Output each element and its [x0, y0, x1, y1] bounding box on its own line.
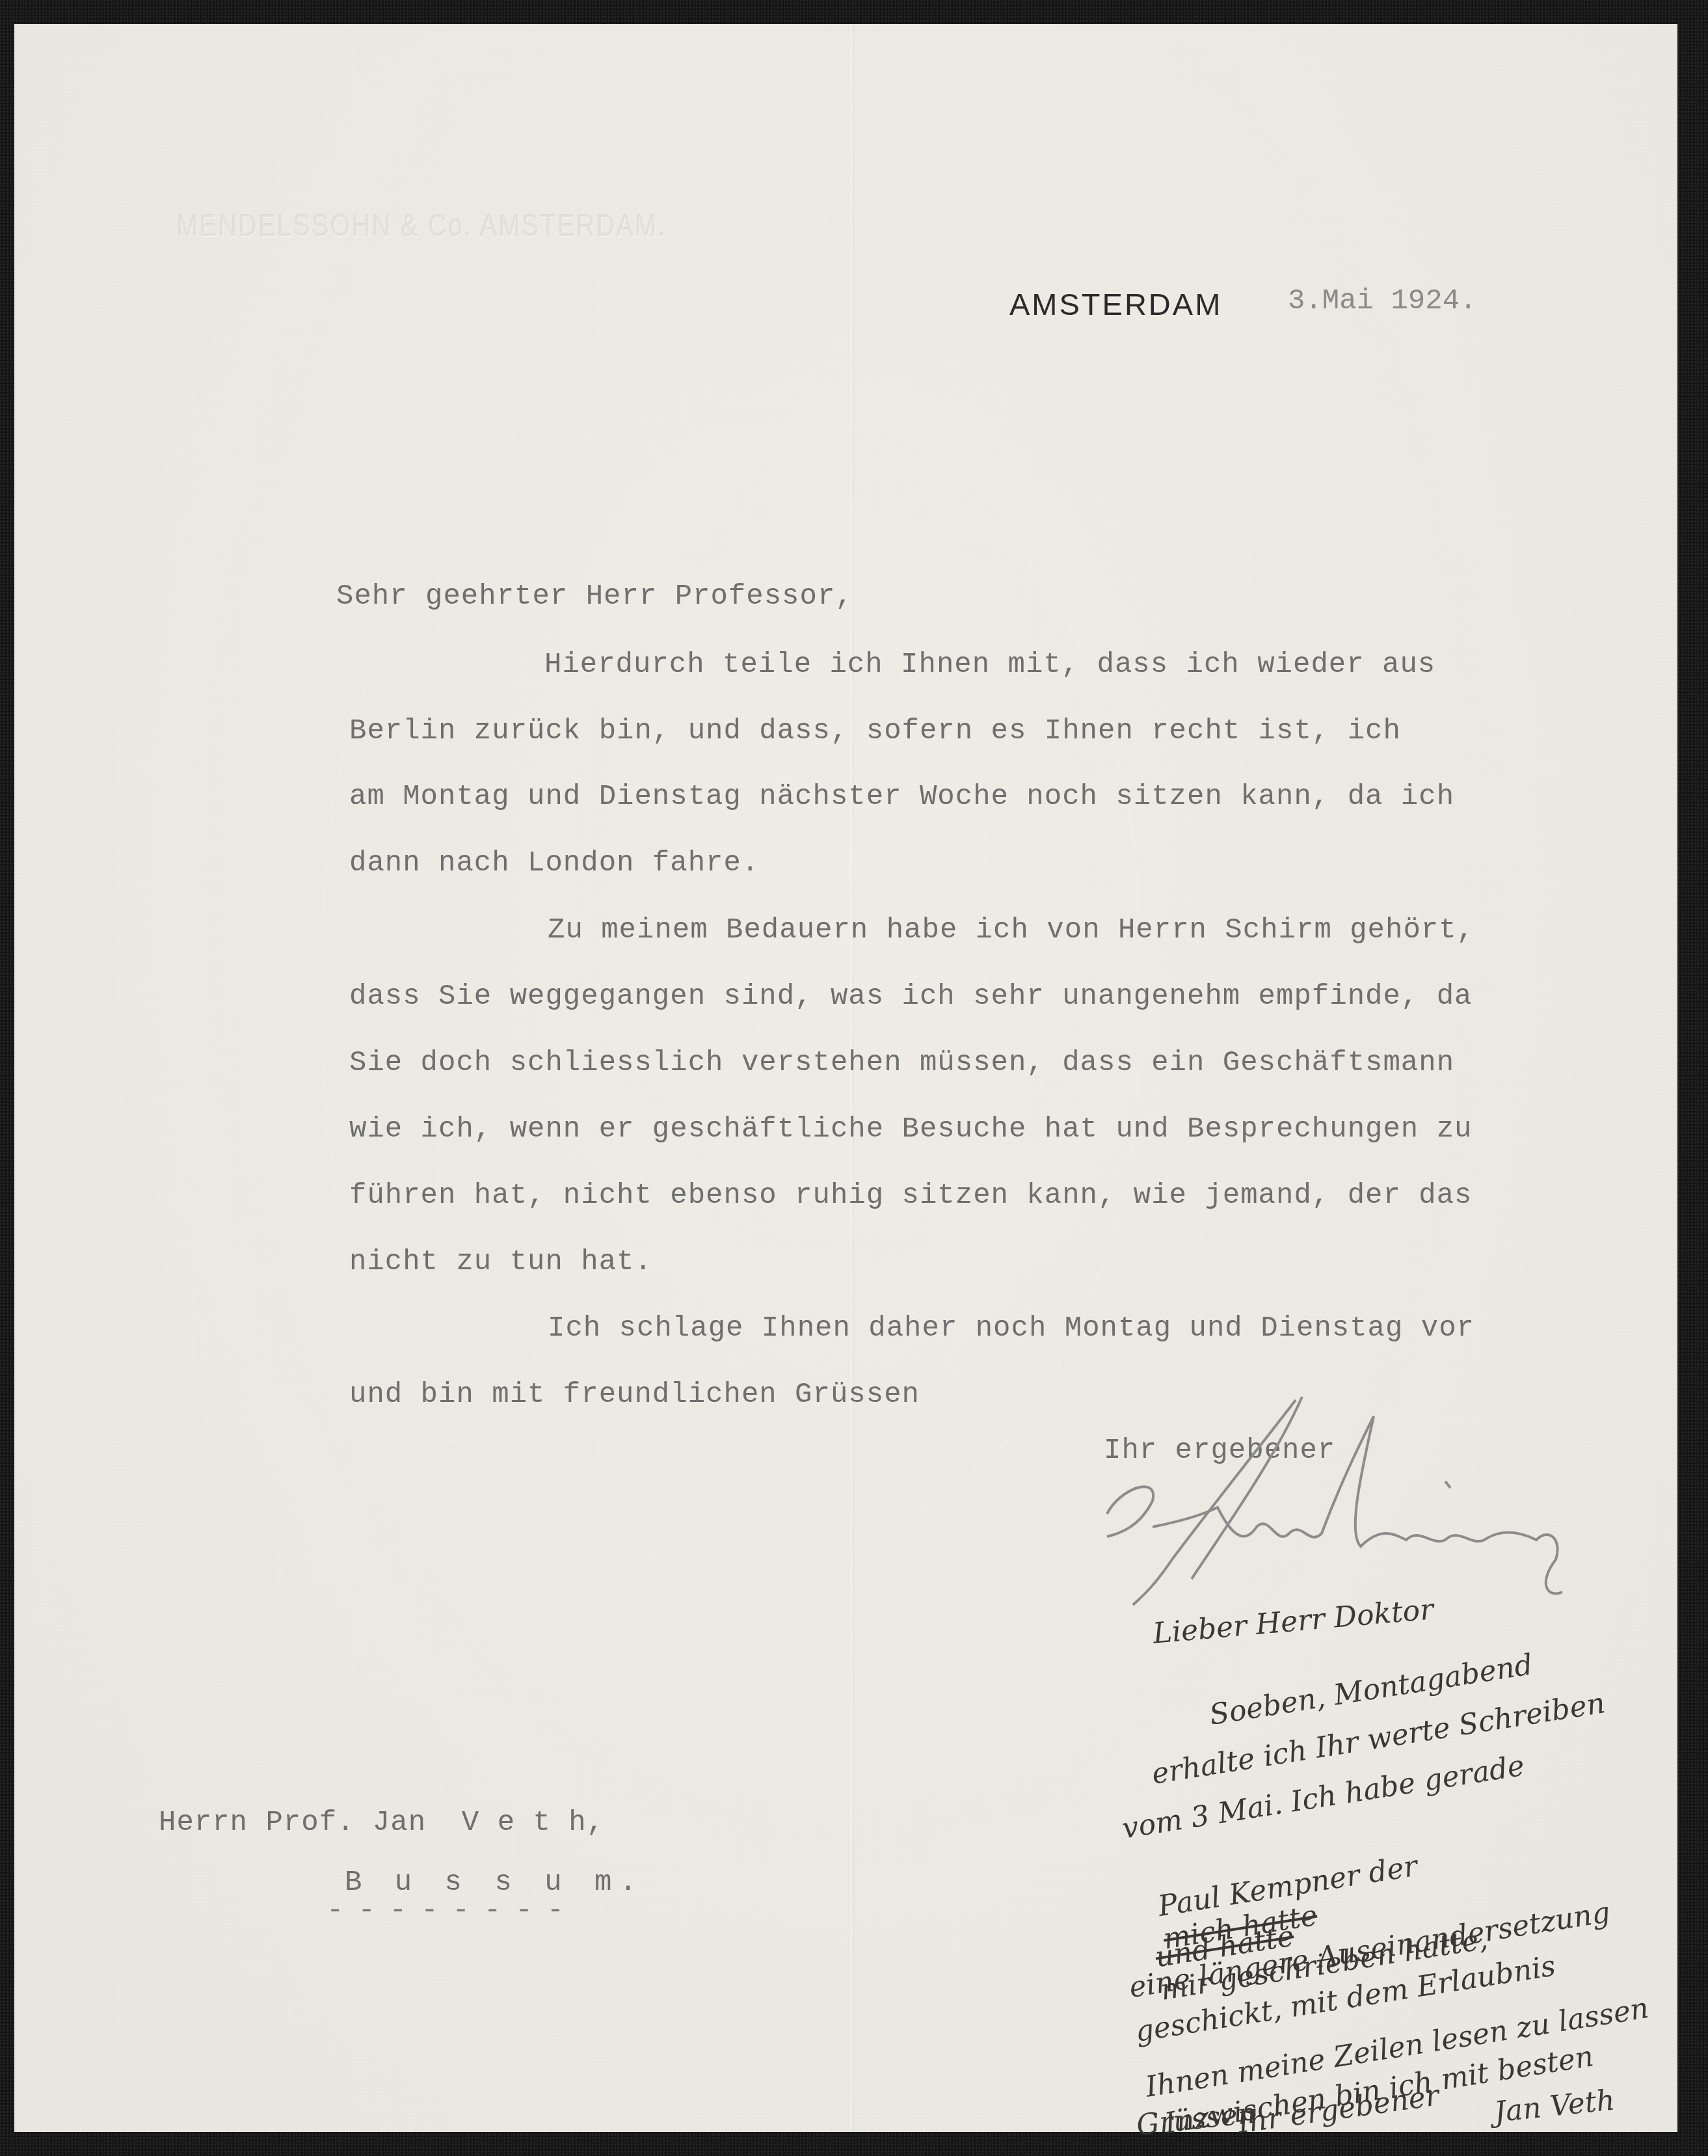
body-line: Berlin zurück bin, und dass, sofern es I… [349, 715, 1401, 748]
recipient-name: Herrn Prof. Jan V e t h, [159, 1807, 604, 1839]
letterhead-place: AMSTERDAM [1009, 286, 1222, 322]
body-line: am Montag und Dienstag nächster Woche no… [349, 781, 1454, 813]
body-line: dann nach London fahre. [349, 847, 759, 880]
body-line: Sie doch schliesslich verstehen müssen, … [349, 1047, 1454, 1079]
handwritten-signature: Jan Veth [1493, 2083, 1616, 2129]
body-line: Zu meinem Bedauern habe ich von Herrn Sc… [548, 914, 1474, 947]
embossed-letterhead: MENDELSSOHN & Co. AMSTERDAM. [177, 208, 667, 244]
salutation: Sehr geehrter Herr Professor, [336, 580, 853, 613]
body-line: nicht zu tun hat. [349, 1246, 652, 1278]
recipient-underline: -------- [327, 1894, 578, 1927]
letter-paper: MENDELSSOHN & Co. AMSTERDAM. AMSTERDAM 3… [14, 24, 1677, 2132]
letter-date: 3.Mai 1924. [1288, 285, 1476, 317]
pencil-signature [1081, 1364, 1634, 1611]
body-line: Hierdurch teile ich Ihnen mit, dass ich … [544, 649, 1435, 681]
body-line: und bin mit freundlichen Grüssen [349, 1379, 920, 1411]
body-line: führen hat, nicht ebenso ruhig sitzen ka… [349, 1179, 1472, 1212]
body-line: Ich schlage Ihnen daher noch Montag und … [548, 1312, 1474, 1345]
body-line: wie ich, wenn er geschäftliche Besuche h… [349, 1113, 1472, 1146]
body-line: dass Sie weggegangen sind, was ich sehr … [349, 980, 1472, 1013]
